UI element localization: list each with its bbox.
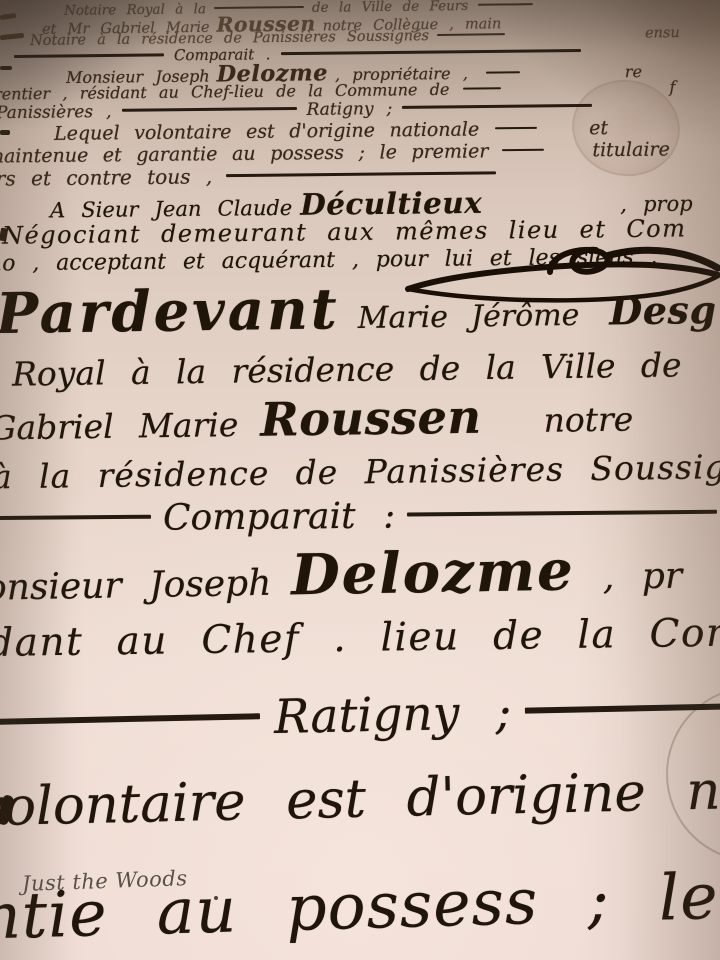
script-text: , prop: [620, 192, 693, 217]
watermark-dot: [214, 896, 218, 900]
script-text: Ratigny ;: [306, 99, 392, 120]
name-desg: Desg: [609, 287, 717, 333]
script-text: et: [589, 117, 608, 139]
rule-line: [495, 127, 537, 130]
rule-line: [280, 49, 580, 55]
rule-line: [437, 33, 505, 36]
edge-text-fragment: [0, 130, 10, 135]
rule-line: [407, 510, 717, 517]
script-line: à la résidence de Panissières Soussigne: [0, 447, 720, 497]
rule-line: [121, 107, 296, 111]
rule-line: [14, 53, 164, 57]
script-text: Ratigny ;: [273, 685, 511, 745]
edge-text-fragment: [0, 66, 12, 70]
script-text: Monsieur Joseph: [0, 563, 272, 610]
rule-line: [0, 713, 260, 725]
script-text: résidant au Chef . lieu de la Comm: [0, 610, 720, 667]
script-text: f: [669, 77, 675, 96]
name-pardevant: Pardevant: [0, 276, 340, 347]
script-text: ensu: [645, 25, 680, 41]
script-line: Royal à la résidence de la Ville de: [12, 345, 682, 393]
script-text: notre: [543, 400, 633, 440]
rule-line: [502, 149, 544, 152]
name-delozme: Delozme: [291, 537, 576, 608]
script-text: à la résidence de Panissières Soussigne: [0, 447, 720, 497]
rule-line: [486, 71, 520, 73]
rule-line: [478, 4, 533, 6]
script-text: Royal à la résidence de la Ville de: [12, 345, 682, 393]
rule-line: [214, 6, 304, 9]
script-line: résidant au Chef . lieu de la Comm: [0, 610, 720, 667]
rule-line: [226, 171, 496, 177]
edge-text-fragment: [0, 33, 24, 40]
script-line: PardevantMarie JérômeDesg: [0, 271, 717, 347]
script-line: Gabriel MarieRoussennotre: [0, 388, 634, 451]
rule-line: [0, 515, 151, 521]
name-roussen: Roussen: [260, 390, 482, 447]
script-text: Marie Jérôme: [357, 298, 579, 336]
script-line: Comparait :: [0, 493, 717, 540]
script-line: Ratigny ;: [0, 679, 720, 751]
script-paper-photo: Notaire Royal à lade la Ville de Feurs e…: [0, 0, 720, 960]
script-text: ers et contre tous ,: [0, 164, 212, 190]
script-text: , pr: [602, 556, 682, 598]
script-text: Gabriel Marie: [0, 405, 239, 447]
script-text: volontaire est d'origine n: [0, 761, 720, 839]
edge-text-fragment: [0, 13, 16, 20]
script-text: titulaire: [592, 138, 670, 161]
script-text: Panissières ,: [0, 102, 112, 123]
script-text: Comparait :: [163, 496, 396, 539]
rule-line: [463, 87, 501, 89]
rule-line: [525, 702, 720, 713]
script-line: volontaire est d'origine n: [0, 759, 720, 839]
script-line: Monsieur JosephDelozme, pr: [0, 536, 683, 615]
rule-line: [402, 104, 592, 108]
